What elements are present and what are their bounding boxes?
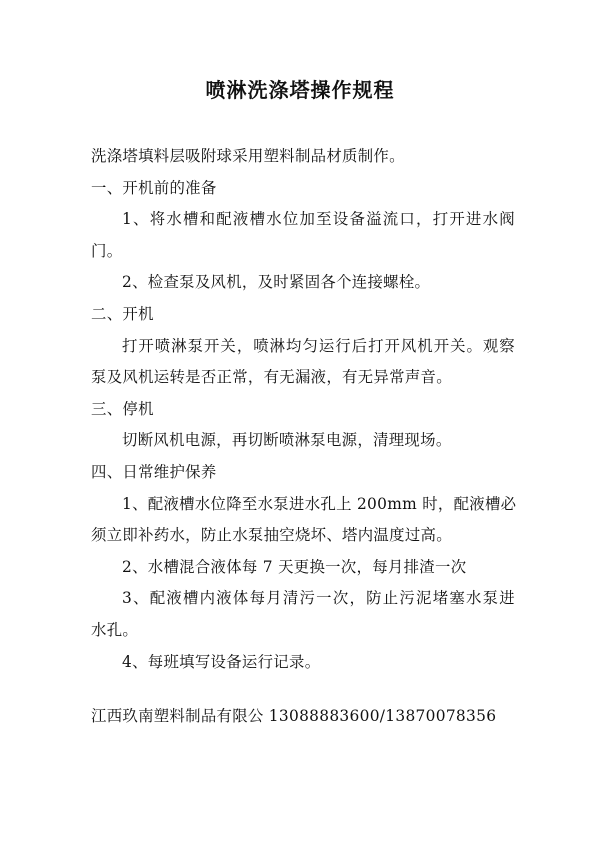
stop-para: 切断风机电源，再切断喷淋泵电源，清理现场。 xyxy=(91,425,515,457)
maint-item-3-line-1: 3、配液槽内液体每月清污一次，防止污泥堵塞水泵进 xyxy=(91,583,515,615)
prep-item-2: 2、检查泵及风机，及时紧固各个连接螺栓。 xyxy=(91,267,515,299)
prep-item-1-line-2: 门。 xyxy=(91,236,515,268)
section-heading-maintenance: 四、日常维护保养 xyxy=(91,457,515,489)
document-title: 喷淋洗涤塔操作规程 xyxy=(0,74,600,103)
maint-item-1-line-2: 须立即补药水，防止水泵抽空烧坏、塔内温度过高。 xyxy=(91,520,515,552)
company-contact-footer: 江西玖南塑料制品有限公 13088883600/13870078356 xyxy=(91,704,496,728)
prep-item-1-line-1: 1、将水槽和配液槽水位加至设备溢流口，打开进水阀 xyxy=(91,204,515,236)
start-para-line-2: 泵及风机运转是否正常，有无漏液，有无异常声音。 xyxy=(91,362,515,394)
maint-item-4: 4、每班填写设备运行记录。 xyxy=(91,647,515,679)
start-para-line-1: 打开喷淋泵开关，喷淋均匀运行后打开风机开关。观察 xyxy=(91,331,515,363)
document-body: 洗涤塔填料层吸附球采用塑料制品材质制作。 一、开机前的准备 1、将水槽和配液槽水… xyxy=(91,141,515,678)
section-heading-stop: 三、停机 xyxy=(91,394,515,426)
intro-paragraph: 洗涤塔填料层吸附球采用塑料制品材质制作。 xyxy=(91,141,515,173)
maint-item-1-line-1: 1、配液槽水位降至水泵进水孔上 200mm 时，配液槽必 xyxy=(91,489,515,521)
maint-item-3-line-2: 水孔。 xyxy=(91,615,515,647)
section-heading-start: 二、开机 xyxy=(91,299,515,331)
maint-item-2: 2、水槽混合液体每 7 天更换一次，每月排渣一次 xyxy=(91,552,515,584)
section-heading-prep: 一、开机前的准备 xyxy=(91,173,515,205)
